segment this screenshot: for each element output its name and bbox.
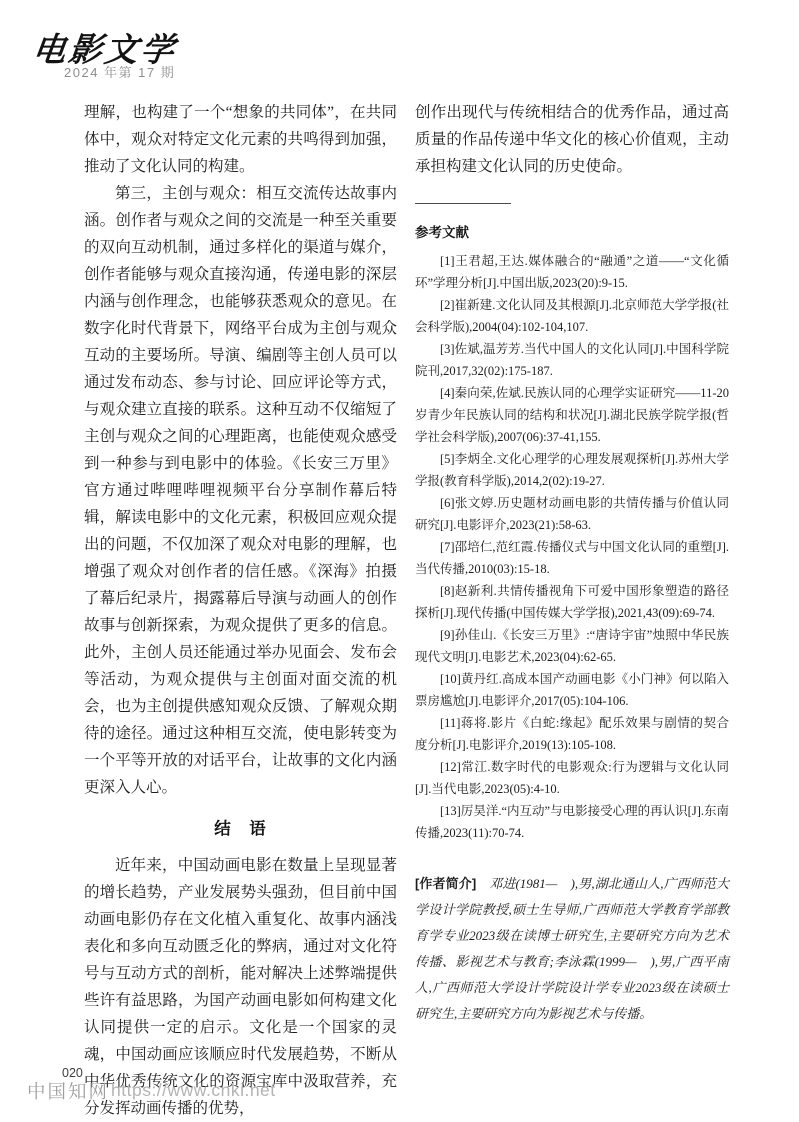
references-list: [1]王君超,王达.媒体融合的“融通”之道——“文化循环”学理分析[J].中国出… [415,250,729,844]
reference-item: [1]王君超,王达.媒体融合的“融通”之道——“文化循环”学理分析[J].中国出… [415,250,729,294]
author-bio: [作者简介] 邓进(1981— ),男,湖北通山人,广西师范大学设计学院教授,硕… [415,871,729,1027]
issue-label: 2024 年第 17 期 [64,62,175,81]
author-bio-text: 邓进(1981— ),男,湖北通山人,广西师范大学设计学院教授,硕士生导师,广西… [415,876,729,1021]
reference-item: [7]邵培仁,范红霞.传播仪式与中国文化认同的重塑[J].当代传播,2010(0… [415,536,729,580]
reference-item: [12]常江.数字时代的电影观众:行为逻辑与文化认同[J].当代电影,2023(… [415,756,729,800]
reference-item: [8]赵新利.共情传播视角下可爱中国形象塑造的路径探析[J].现代传播(中国传媒… [415,580,729,624]
conclusion-heading: 结 语 [84,815,397,839]
reference-item: [4]秦向荣,佐斌.民族认同的心理学实证研究——11-20岁青少年民族认同的结构… [415,382,729,448]
body-paragraph: 创作出现代与传统相结合的优秀作品，通过高质量的作品传递中华文化的核心价值观，主动… [415,99,729,180]
right-column: 创作出现代与传统相结合的优秀作品，通过高质量的作品传递中华文化的核心价值观，主动… [415,99,729,1027]
reference-item: [11]蒋将.影片《白蛇:缘起》配乐效果与剧情的契合度分析[J].电影评介,20… [415,712,729,756]
body-paragraph: 第三，主创与观众：相互交流传达故事内涵。创作者与观众之间的交流是一种至关重要的双… [84,180,397,801]
cnki-watermark-url: https://www.cnki.net [111,1080,276,1101]
body-paragraph: 理解，也构建了一个“想象的共同体”，在共同体中，观众对特定文化元素的共鸣得到加强… [84,99,397,180]
references-heading: 参考文献 [415,221,729,241]
reference-item: [6]张文婷.历史题材动画电影的共情传播与价值认同研究[J].电影评介,2023… [415,492,729,536]
reference-item: [9]孙佳山.《长安三万里》:“唐诗宇宙”烛照中华民族现代文明[J].电影艺术,… [415,624,729,668]
reference-item: [3]佐斌,温芳芳.当代中国人的文化认同[J].中国科学院院刊,2017,32(… [415,338,729,382]
journal-page: 电影文学 2024 年第 17 期 理解，也构建了一个“想象的共同体”，在共同体… [0,0,799,1122]
cnki-watermark: 中国知网 [27,1078,109,1104]
reference-item: [13]厉昊洋.“内互动”与电影接受心理的再认识[J].东南传播,2023(11… [415,800,729,844]
reference-item: [5]李炳全.文化心理学的心理发展观探析[J].苏州大学学报(教育科学版),20… [415,448,729,492]
left-column: 理解，也构建了一个“想象的共同体”，在共同体中，观众对特定文化元素的共鸣得到加强… [84,99,397,1122]
footnote-divider [415,203,511,204]
author-bio-label: [作者简介] [415,876,476,891]
reference-item: [2]崔新建.文化认同及其根源[J].北京师范大学学报(社会科学版),2004(… [415,294,729,338]
reference-item: [10]黄丹红.高成本国产动画电影《小门神》何以陷入票房尴尬[J].电影评介,2… [415,668,729,712]
